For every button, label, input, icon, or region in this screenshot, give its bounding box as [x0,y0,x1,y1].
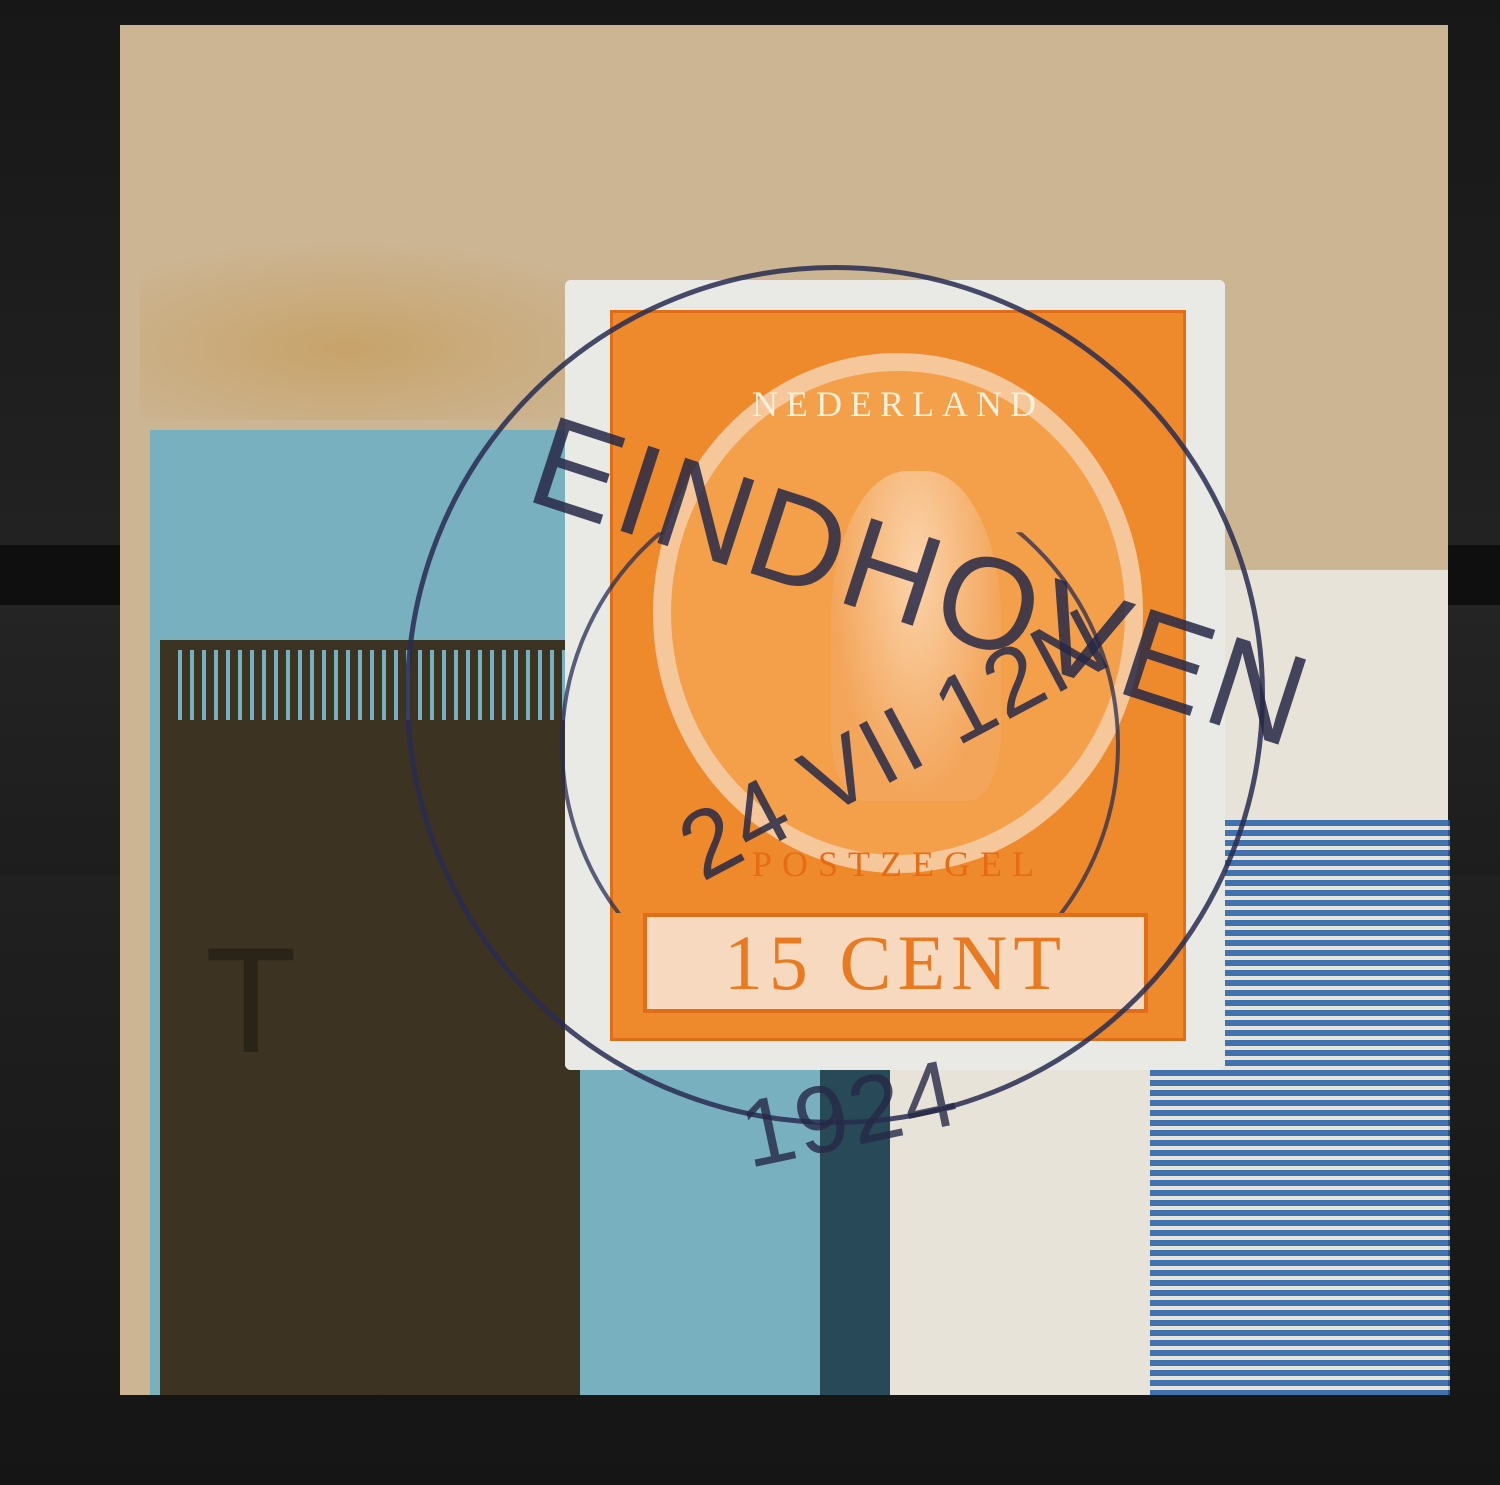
stamp-value: 15 CENT [724,918,1067,1008]
scalloped-border [170,650,570,720]
stamp-country: NEDERLAND [613,383,1183,425]
printed-letter: T [205,925,297,1075]
stamp-value-box: 15 CENT [643,913,1148,1013]
